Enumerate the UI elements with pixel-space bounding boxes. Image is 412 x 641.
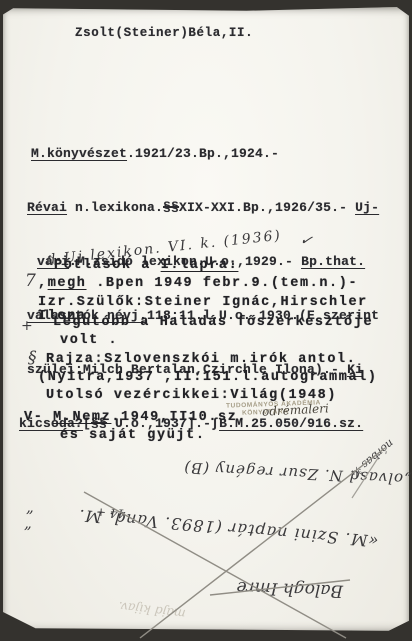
addendum-heading: Pótlások a I.lapra: <box>54 258 238 273</box>
nyitra-line: (Nyitra,1937 ,II:151.l.autogrammal) <box>38 370 378 385</box>
volt-line: volt . <box>60 333 118 348</box>
death-date-line: ,megh .Bpen 1949 febr.9.(tem.n.)- <box>38 276 358 291</box>
card-heading-name: Zsolt(Steiner)Béla,II. <box>75 26 253 40</box>
margin-section-mark: § <box>28 348 37 368</box>
bib-line: Révai n.lexikona.§§XIX-XXI.Bp.,1926/35.-… <box>19 199 379 217</box>
own-collection-line: és saját gyüjt. <box>60 428 206 443</box>
source-line: V- M.Nemz.1949,II10.sz. <box>24 410 247 425</box>
bib-line: M.könyvészet.1921/23.Bp.,1924.- <box>19 145 379 163</box>
editor-line: Legutóbb a Haladás főszerkesztője <box>53 315 373 330</box>
parents-line: Izr.Szülők:Steiner Ignác,Hirschler <box>38 295 368 310</box>
portrait-line: Rajza:Szlovenszkói m.irók antol. <box>46 352 356 367</box>
margin-cross-mark: + <box>21 318 33 334</box>
margin-hook-mark: 7 <box>25 271 36 291</box>
scanned-catalog-card: Zsolt(Steiner)Béla,II. M.könyvészet.1921… <box>0 0 412 641</box>
